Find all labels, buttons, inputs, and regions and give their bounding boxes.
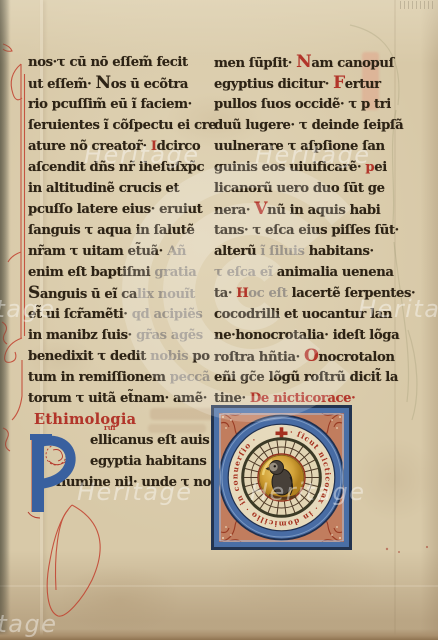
text-segment: duũ lugere· τ deinde ſeipſã [214, 118, 403, 133]
text-line: duũ lugere· τ deinde ſeipſã [214, 115, 415, 136]
text-segment: Añ [167, 244, 186, 259]
text-line: et̃ ui ſcr̃amẽti· qd acipiẽs [28, 304, 216, 325]
text-line: torum τ uitã et̃nam· amẽ· [28, 388, 216, 409]
faint-corner-pencil-mark [400, 1, 436, 9]
text-line: ſeruientes ĩ cõſpectu ei cre [28, 115, 216, 136]
text-line: ne·honocrotalia· ideſt lõga [214, 325, 415, 346]
text-segment: pcuſſo latere eius· eruiut [28, 202, 202, 217]
text-segment: licanorũ uero duo ſūt ge [214, 181, 385, 196]
text-segment: pullos ſuos occidẽ· τ p tri [214, 97, 391, 112]
text-segment: N [96, 73, 111, 93]
text-segment: roſtra hñtia· [214, 350, 304, 365]
text-line: egyptia habitans [90, 451, 216, 472]
left-text-column: nos·τ cū nō eſſem̃ fecitut eſſem̃· Nos ū… [28, 52, 216, 493]
text-segment: egyptius dicitur· [214, 77, 333, 92]
text-segment: qd acipiẽs [132, 307, 203, 322]
text-segment: Ethimologia [34, 411, 136, 428]
text-segment: ſeruientes ĩ cõſpectu ei cre [28, 118, 216, 133]
text-line: ſanguis τ aqua in ſalutẽ [28, 220, 216, 241]
text-segment: rio pcuſſim̃ eū ĩ faciem· [28, 97, 192, 112]
text-segment: nera· [214, 203, 254, 218]
watermark-text: Heritage [0, 610, 57, 638]
watermark-text: Heritage [250, 478, 365, 506]
text-segment: N [296, 52, 311, 72]
text-segment: alterũ [214, 244, 260, 259]
text-line: enim eſt baptiſmi gratia [28, 262, 216, 283]
rubricator-note: rul̃ [104, 423, 115, 432]
text-segment: in altitudinẽ crucis et [28, 181, 179, 196]
text-line: nera· Vnũ in aquis habi [214, 199, 415, 220]
text-segment: animalia uenena [277, 265, 394, 280]
manuscript-page-photo: nos·τ cū nō eſſem̃ fecitut eſſem̃· Nos ū… [0, 0, 438, 640]
text-line: nos·τ cū nō eſſem̃ fecit [28, 52, 216, 73]
text-line: ellicanus eſt auis [90, 430, 216, 451]
red-specks [386, 546, 428, 553]
text-segment: F [333, 73, 345, 93]
text-segment: enim eſt baptiſmi [28, 265, 154, 280]
text-segment: nr̃am τ uitam et̃uã· [28, 244, 167, 259]
watermark-text: Heritage [255, 141, 370, 169]
text-line: ut eſſem̃· Nos ū ecõtra [28, 73, 216, 94]
text-segment: ellicanus eſt auis [90, 433, 209, 448]
text-segment: nobis [150, 349, 188, 364]
text-segment: oc eſt [248, 286, 291, 301]
text-line: roſtra hñtia· Onocrotalon [214, 346, 415, 367]
text-line: pullos ſuos occidẽ· τ p tri [214, 94, 415, 115]
text-segment: τ eſca eĩ [214, 265, 277, 280]
text-segment: in manibz ſuis· [28, 328, 136, 343]
text-line: in manibz ſuis· gr̃as agẽs [28, 325, 216, 346]
text-segment: peccã [170, 370, 210, 385]
text-segment: nocrotalon [318, 350, 394, 365]
text-line: Ethimologia [34, 409, 216, 430]
watermark-text: Heritage [77, 478, 192, 506]
text-segment: eñi gc̃e lõgũ roſtrũ dicit̃ la [214, 370, 398, 385]
text-segment: ertur [345, 77, 381, 92]
text-line: benedixit τ dedit nobis po [28, 346, 216, 367]
text-segment: habitans· [309, 244, 374, 259]
initial-p-blue-letter [30, 436, 71, 512]
text-segment: gratia [154, 265, 196, 280]
illuminated-initial-p [20, 428, 90, 520]
text-segment: tine· [214, 391, 250, 406]
text-line: in altitudinẽ crucis et [28, 178, 216, 199]
text-line: pcuſſo latere eius· eruiut [28, 199, 216, 220]
horizontal-crease [0, 585, 438, 587]
text-segment: tum in remiſſionem [28, 370, 170, 385]
text-segment: tans· τ eſca eius piſſes ſūt· [214, 223, 399, 238]
text-segment: ne·honocrotalia· ideſt lõga [214, 328, 399, 343]
text-segment: am canopuſ [311, 56, 394, 71]
text-segment: ĩ ſiluis [260, 244, 308, 259]
text-line: licanorũ uero duo ſūt ge [214, 178, 415, 199]
text-line: tum in remiſſionem peccã [28, 367, 216, 388]
text-segment: ta· [214, 286, 236, 301]
bottom-page-edge [0, 629, 438, 640]
text-segment: po [188, 349, 209, 364]
watermark-text: Heritage [0, 295, 55, 323]
text-segment: nos·τ cū nō eſſem̃ fecit [28, 55, 188, 70]
text-segment: torum τ uitã et̃nam· amẽ· [28, 391, 207, 406]
text-line: rio pcuſſim̃ eū ĩ faciem· [28, 94, 216, 115]
text-segment: benedixit τ dedit [28, 349, 150, 364]
text-segment: V [254, 199, 267, 219]
text-line: men ſūpſit· Nam canopuſ [214, 52, 415, 73]
text-line: τ eſca eĩ animalia uenena [214, 262, 415, 283]
text-segment: ei [374, 160, 387, 175]
text-segment: O [304, 346, 318, 366]
text-line: egyptius dicitur· Fertur [214, 73, 415, 94]
text-segment: gr̃as agẽs [136, 328, 203, 343]
text-segment: lix nouĩt [137, 287, 195, 302]
text-segment: os ū ecõtra [111, 77, 188, 92]
text-line: tans· τ eſca eius piſſes ſūt· [214, 220, 415, 241]
text-segment: nũ in aquis habi [267, 203, 380, 218]
text-line: eñi gc̃e lõgũ roſtrũ dicit̃ la [214, 367, 415, 388]
text-segment: egyptia habitans [90, 454, 206, 469]
watermark-text: Heritage [358, 295, 438, 323]
watermark-text: Heritage [84, 141, 199, 169]
text-segment: De nicticorace· [250, 391, 355, 406]
text-segment: H [236, 286, 248, 301]
text-segment: ſanguis τ aqua in ſalutẽ [28, 223, 194, 238]
right-text-column: men ſūpſit· Nam canopuſegyptius dicitur·… [214, 52, 415, 409]
text-line: Sanguis ū eĩ calix nouĩt [28, 283, 216, 304]
text-segment: men ſūpſit· [214, 56, 296, 71]
text-line: alterũ ĩ ſiluis habitans· [214, 241, 415, 262]
text-line: nr̃am τ uitam et̃uã· Añ [28, 241, 216, 262]
text-segment: ut eſſem̃· [28, 77, 96, 92]
